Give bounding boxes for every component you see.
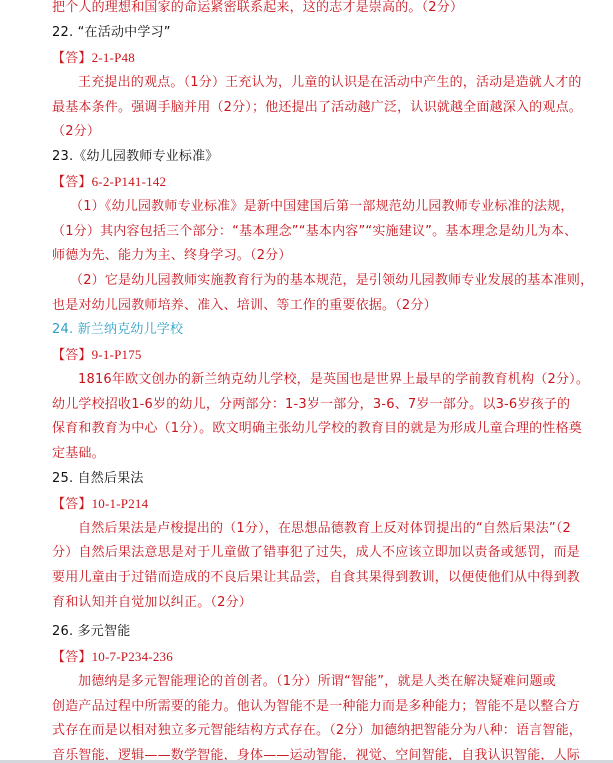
text-line: （2）它是幼儿园教师实施教育行为的基本规范，是引领幼儿园教师专业发展的基本准则， (70, 273, 593, 289)
answer-label: 【答】2-1-P48 (52, 50, 135, 67)
text-line: （1分）其内容包括三个部分：“基本理念”“基本内容”“实施建议”。基本理念是幼儿… (52, 224, 577, 240)
answer-tag: 【答】 (52, 175, 92, 190)
text-line: 加德纳是多元智能理论的首创者。（1分）所谓“智能”，就是人类在解决疑难问题或 (78, 674, 556, 690)
text-line: 也是对幼儿园教师培养、准入、培训、等工作的重要依据。（2分） (52, 298, 437, 314)
answer-tag: 【答】 (52, 497, 92, 512)
answer-reference: 2-1-P48 (92, 50, 135, 65)
text-line: 王充提出的观点。（1分）王充认为，儿童的认识是在活动中产生的，活动是造就人才的 (78, 75, 582, 91)
question-heading-23: 23.《幼儿园教师专业标准》 (52, 149, 218, 165)
text-line: 育和认知并自觉加以纠正。（2分） (52, 595, 252, 611)
question-heading-22: 22. “在活动中学习” (52, 25, 171, 41)
answer-tag: 【答】 (52, 650, 92, 665)
text-line: （1）《幼儿园教师专业标准》是新中国建国后第一部规范幼儿园教师专业标准的法规， (70, 199, 574, 215)
text-line: 自然后果法是卢梭提出的（1分），在思想品德教育上反对体罚提出的“自然后果法”（2 (78, 521, 571, 537)
text-line: 1816年欧文创办的新兰纳克幼儿学校，是英国也是世界上最早的学前教育机构（2分）… (78, 372, 589, 388)
answer-label: 【答】10-1-P214 (52, 496, 148, 513)
text-line: 分）自然后果法意思是对于儿童做了错事犯了过失，成人不应该立即加以责备或惩罚，而是 (52, 545, 580, 561)
text-line: 师德为先、能力为主、终身学习。（2分） (52, 248, 292, 264)
text-line: 要用儿童由于过错而造成的不良后果让其品尝，自食其果得到教训，以便使他们从中得到教 (52, 570, 580, 586)
question-heading-25: 25. 自然后果法 (52, 471, 144, 487)
text-line: 把个人的理想和国家的命运紧密联系起来，这的志才是崇高的。（2分） (52, 0, 463, 16)
answer-label: 【答】9-1-P175 (52, 347, 142, 364)
answer-label: 【答】10-7-P234-236 (52, 649, 173, 666)
document-page: 把个人的理想和国家的命运紧密联系起来，这的志才是崇高的。（2分） 22. “在活… (0, 0, 613, 763)
text-line: 定基础。 (52, 446, 105, 462)
text-line: 保育和教育为中心（1分）。欧文明确主张幼儿学校的教育目的就是为形成儿童合理的性格… (52, 421, 582, 437)
answer-tag: 【答】 (52, 51, 92, 66)
answer-reference: 6-2-P141-142 (92, 174, 167, 189)
text-line: 式存在而是以相对独立多元智能结构方式存在。（2分）加德纳把智能分为八种：语言智能… (52, 723, 582, 739)
answer-reference: 9-1-P175 (92, 347, 142, 362)
text-line: 创造产品过程中所需要的能力。他认为智能不是一种能力而是多种能力；智能不是以整合方 (52, 699, 580, 715)
text-line: （2分） (52, 124, 100, 140)
answer-label: 【答】6-2-P141-142 (52, 174, 166, 191)
question-heading-26: 26. 多元智能 (52, 624, 130, 640)
text-line: 最基本条件。强调手脑并用（2分）；他还提出了活动越广泛，认识就越全面越深入的观点… (52, 100, 582, 116)
question-heading-24: 24. 新兰纳克幼儿学校 (52, 322, 183, 338)
text-line: 幼儿学校招收1-6岁的幼儿，分两部分：1-3岁一部分，3-6、7岁一部分。以3-… (52, 397, 570, 413)
answer-tag: 【答】 (52, 348, 92, 363)
answer-reference: 10-7-P234-236 (92, 649, 173, 664)
answer-reference: 10-1-P214 (92, 496, 149, 511)
